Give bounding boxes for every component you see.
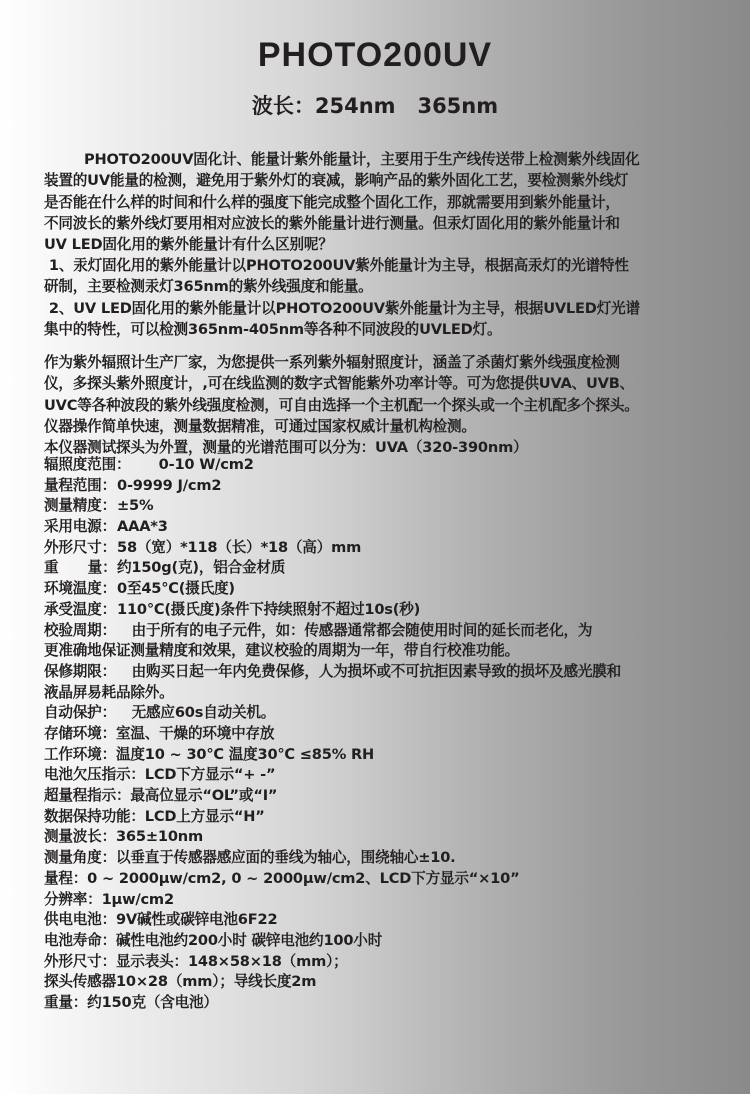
spec-power-source: 采用电源： AAA*3 xyxy=(44,517,750,538)
spec-label: 环境温度： xyxy=(44,579,117,600)
spec-label: 重 量： xyxy=(44,558,117,579)
spec-withstand-temperature: 承受温度： 110℃(摄氏度)条件下持续照射不超过10s(秒) xyxy=(44,600,750,621)
spec-ambient-temperature: 环境温度： 0至45℃(摄氏度) xyxy=(44,579,750,600)
spec-warranty-continued: 液晶屏易耗品除外。 xyxy=(44,683,750,704)
spec-label: 辐照度范围： xyxy=(44,455,144,476)
point-line: 研制，主要检测汞灯365nm的紫外线强度和能量。 xyxy=(44,276,750,297)
spec-label: 采用电源： xyxy=(44,517,117,538)
intro-line: PHOTO200UV固化计、能量计紫外能量计，主要用于生产线传送带上检测紫外线固… xyxy=(44,149,750,170)
spec-value: 由于所有的电子元件，如：传感器通常都会随使用时间的延长而老化，为 xyxy=(117,621,592,642)
spec-value: 0至45℃(摄氏度) xyxy=(117,579,235,600)
spec-value: AAA*3 xyxy=(117,517,168,538)
spec-value: 0-9999 J/cm2 xyxy=(117,476,221,497)
spec-range: 量程：0 ~ 2000μw/cm2, 0 ~ 2000μw/cm2、LCD下方显… xyxy=(44,869,750,890)
spec-accuracy: 测量精度： ±5% xyxy=(44,496,750,517)
spec-data-hold: 数据保持功能：LCD上方显示“H” xyxy=(44,807,750,828)
intro-line: 不同波长的紫外线灯要用相对应波长的紫外能量计进行测量。但汞灯固化用的紫外能量计和 xyxy=(44,213,750,234)
intro-line: UV LED固化用的紫外能量计有什么区别呢？ xyxy=(44,234,750,255)
company-line: 仪器操作简单快速，测量数据精准，可通过国家权威计量机构检测。 xyxy=(44,416,750,437)
company-line: 仪，多探头紫外照度计，,可在线监测的数字式智能紫外功率计等。可为您提供UVA、U… xyxy=(44,373,750,394)
company-line: UVC等各种波段的紫外线强度检测，可自由选择一个主机配一个探头或一个主机配多个探… xyxy=(44,395,750,416)
spec-auto-protection: 自动保护： 无感应60s自动关机。 xyxy=(44,703,750,724)
spec-working-environment: 工作环境：温度10 ~ 30℃ 温度30℃ ≤85% RH xyxy=(44,745,750,766)
spec-measurement-range: 量程范围： 0-9999 J/cm2 xyxy=(44,476,750,497)
spec-label: 校验周期： xyxy=(44,621,117,642)
spec-label: 外形尺寸： xyxy=(44,538,117,559)
spec-weight: 重 量： 约150g(克)，铝合金材质 xyxy=(44,558,750,579)
spec-probe-dimensions: 探头传感器10×28（mm）；导线长度2m xyxy=(44,972,750,993)
spec-resolution: 分辨率：1μw/cm2 xyxy=(44,890,750,911)
spec-label: 承受温度： xyxy=(44,600,117,621)
point-line: 1、汞灯固化用的紫外能量计以PHOTO200UV紫外能量计为主导，根据高汞灯的光… xyxy=(44,255,750,276)
point-line: 集中的特性，可以检测365nm-405nm等各种不同波段的UVLED灯。 xyxy=(44,319,750,340)
spec-value: 110℃(摄氏度)条件下持续照射不超过10s(秒) xyxy=(117,600,420,621)
wavelength-subtitle: 波长：254nm 365nm xyxy=(0,90,750,120)
intro-line: 是否能在什么样的时间和什么样的强度下能完成整个固化工作，那就需要用到紫外能量计， xyxy=(44,192,750,213)
spec-calibration-period: 校验周期： 由于所有的电子元件，如：传感器通常都会随使用时间的延长而老化，为 xyxy=(44,621,750,642)
comparison-points: 1、汞灯固化用的紫外能量计以PHOTO200UV紫外能量计为主导，根据高汞灯的光… xyxy=(44,255,750,340)
spec-irradiance-range: 辐照度范围： 0-10 W/cm2 xyxy=(44,455,750,476)
spec-list-secondary: 存储环境：室温、干燥的环境中存放 工作环境：温度10 ~ 30℃ 温度30℃ ≤… xyxy=(44,724,750,1014)
spec-wavelength: 测量波长：365±10nm xyxy=(44,827,750,848)
intro-paragraph: PHOTO200UV固化计、能量计紫外能量计，主要用于生产线传送带上检测紫外线固… xyxy=(44,149,750,255)
spec-storage-environment: 存储环境：室温、干燥的环境中存放 xyxy=(44,724,750,745)
spec-value: 约150g(克)，铝合金材质 xyxy=(117,558,285,579)
spec-label: 自动保护： xyxy=(44,703,117,724)
company-paragraph: 作为紫外辐照计生产厂家，为您提供一系列紫外辐射照度计，涵盖了杀菌灯紫外线强度检测… xyxy=(44,352,750,458)
spec-value: 58（宽）*118（长）*18（高）mm xyxy=(117,538,361,559)
spec-label: 测量精度： xyxy=(44,496,117,517)
spec-value: 由购买日起一年内免费保修，人为损坏或不可抗拒因素导致的损坏及感光膜和 xyxy=(117,662,621,683)
spec-battery: 供电电池：9V碱性或碳锌电池6F22 xyxy=(44,910,750,931)
spec-list-primary: 辐照度范围： 0-10 W/cm2 量程范围： 0-9999 J/cm2 测量精… xyxy=(44,455,750,724)
company-line: 作为紫外辐照计生产厂家，为您提供一系列紫外辐射照度计，涵盖了杀菌灯紫外线强度检测 xyxy=(44,352,750,373)
spec-outline-dimensions: 外形尺寸：显示表头：148×58×18（mm）； xyxy=(44,952,750,973)
spec-value: 0-10 W/cm2 xyxy=(144,455,254,476)
spec-calibration-continued: 更准确地保证测量精度和效果，建议校验的周期为一年，带自行校准功能。 xyxy=(44,641,750,662)
point-line: 2、UV LED固化用的紫外能量计以PHOTO200UV紫外能量计为主导，根据U… xyxy=(44,298,750,319)
spec-label: 保修期限： xyxy=(44,662,117,683)
spec-battery-life: 电池寿命：碱性电池约200小时 碳锌电池约100小时 xyxy=(44,931,750,952)
spec-warranty: 保修期限： 由购买日起一年内免费保修，人为损坏或不可抗拒因素导致的损坏及感光膜和 xyxy=(44,662,750,683)
spec-overrange-indicator: 超量程指示：最高位显示“OL”或“I” xyxy=(44,786,750,807)
spec-value: ±5% xyxy=(117,496,153,517)
spec-dimensions: 外形尺寸： 58（宽）*118（长）*18（高）mm xyxy=(44,538,750,559)
spec-low-battery-indicator: 电池欠压指示：LCD下方显示“+ -” xyxy=(44,765,750,786)
product-title: PHOTO200UV xyxy=(0,36,750,75)
spec-measurement-angle: 测量角度：以垂直于传感器感应面的垂线为轴心，围绕轴心±10. xyxy=(44,848,750,869)
intro-line: 装置的UV能量的检测，避免用于紫外灯的衰减，影响产品的紫外固化工艺，要检测紫外线… xyxy=(44,170,750,191)
spec-label: 量程范围： xyxy=(44,476,117,497)
spec-value: 无感应60s自动关机。 xyxy=(117,703,275,724)
spec-total-weight: 重量：约150克（含电池） xyxy=(44,993,750,1014)
